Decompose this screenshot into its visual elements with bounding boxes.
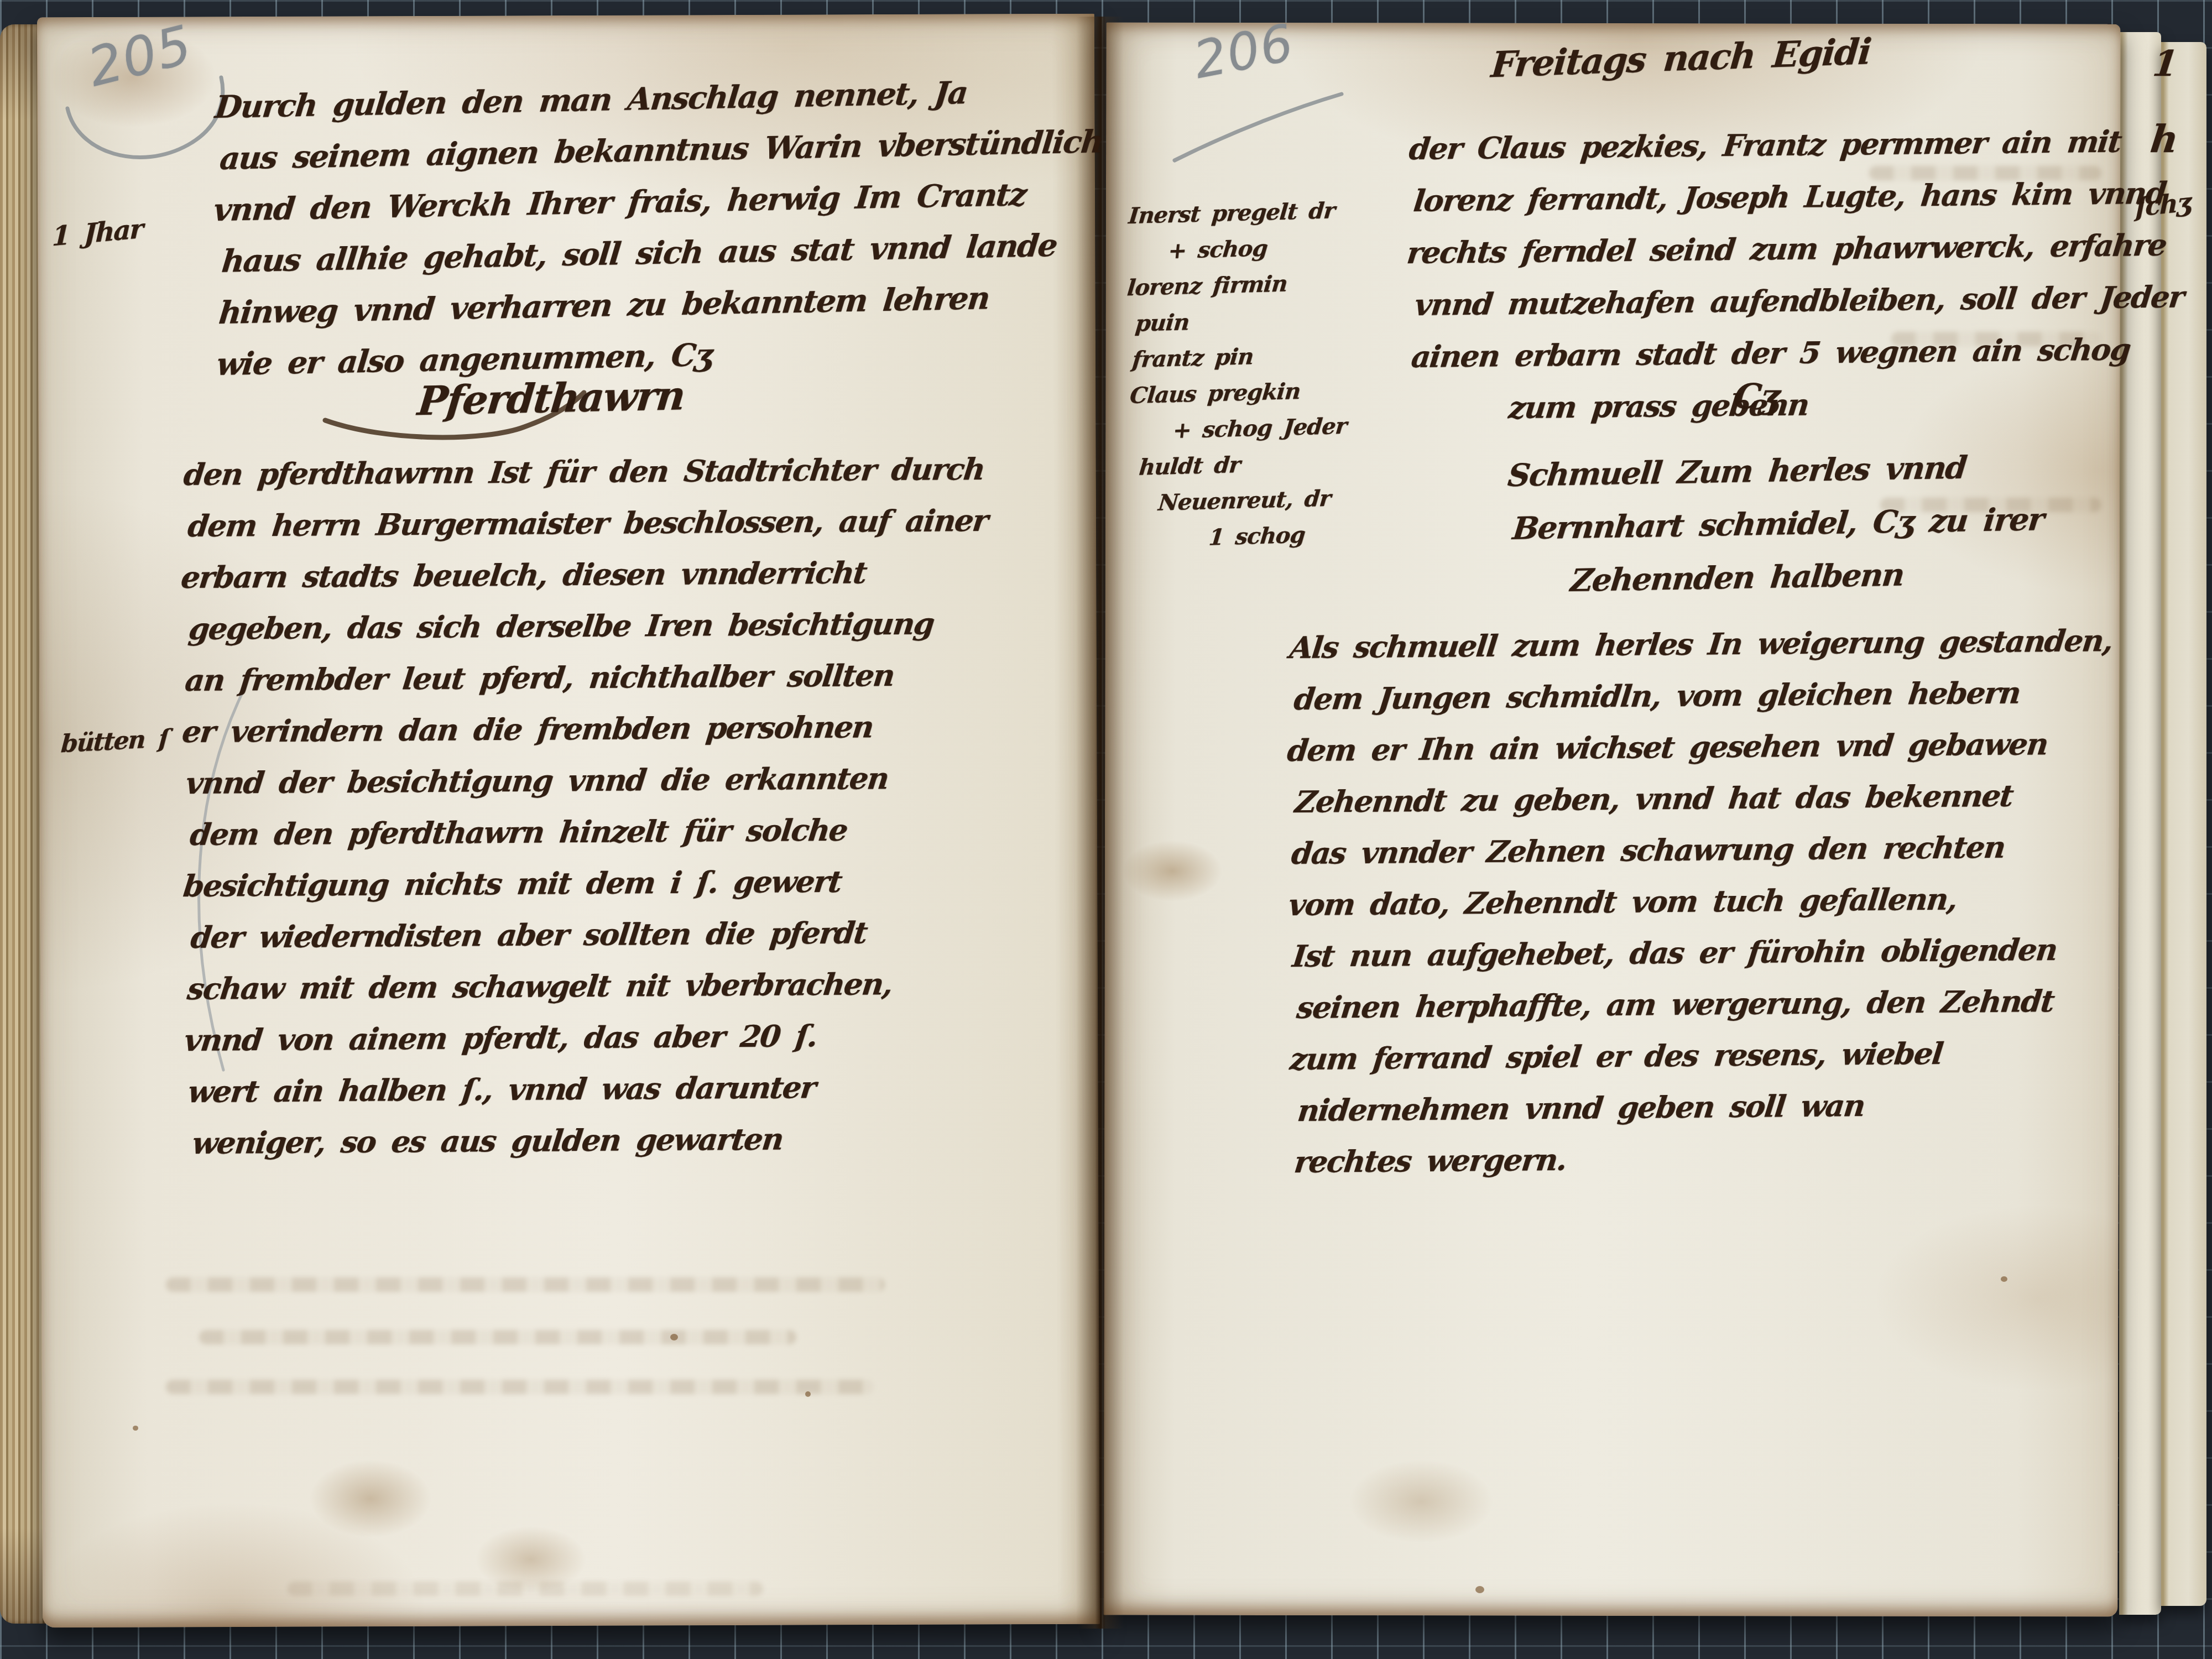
right-subheading: Schmuell Zum herles vnnd Bernnhart schmi… <box>1507 440 2044 608</box>
margin-note-line: + schog Jeder <box>1171 408 1348 448</box>
text-line: Zehenndt zu geben, vnnd hat das bekennet <box>1292 769 2117 828</box>
right-paragraph-1: der Claus pezkies, Frantz permmer ain mi… <box>1409 114 2185 435</box>
paper-stain <box>310 1460 431 1537</box>
text-line: gegeben, das sich derselbe Iren besichti… <box>186 598 991 655</box>
text-line: weniger, so es aus gulden gewarten <box>189 1112 994 1169</box>
left-paragraph-1: Durch gulden den man Anschlag nennet, Ja… <box>215 65 1107 390</box>
left-margin-note-bitten: bütten ſ <box>60 724 169 758</box>
margin-note-line: Inerst pregelt dr <box>1127 192 1343 234</box>
text-line: dem er Ihn ain wichset gesehen vnd gebaw… <box>1285 718 2116 776</box>
paper-stain <box>1123 841 1222 901</box>
left-section-heading: Pferdthawrn <box>415 372 686 424</box>
text-line: dem den pferdthawrn hinzelt für solche <box>187 804 992 860</box>
text-line: das vnnder Zehnen schawrung den rechten <box>1288 821 2117 879</box>
subheading-line: Schmuell Zum herles vnnd <box>1505 440 2045 502</box>
text-line: schaw mit dem schawgelt nit vberbrachen, <box>184 958 993 1015</box>
text-line: lorenz ferrandt, Joseph Lugte, hans kim … <box>1411 166 2185 227</box>
left-paragraph-2: den pferdthawrnn Ist für den Stadtrichte… <box>184 444 992 1169</box>
text-line: wert ain halben ſ., vnnd was darunter <box>185 1061 994 1118</box>
margin-note-line: lorenz firmin <box>1125 264 1344 306</box>
folio-206-underline <box>1166 87 1348 170</box>
paragraph-end-mark: Cʒ <box>1731 376 1781 416</box>
text-line: rechts ferndel seind zum phawrwerck, erf… <box>1404 218 2185 279</box>
text-line: besichtigung nichts mit dem i ſ. gewert <box>180 855 993 912</box>
text-line: Ist nun aufgehebet, das er fürohin oblig… <box>1290 924 2118 982</box>
edge-fragment-2: h <box>2148 117 2179 161</box>
text-line: er verindern dan die frembden persohnen <box>179 701 992 758</box>
text-line: dem herrn Burgermaister beschlossen, auf… <box>185 495 990 552</box>
text-line: vnnd mutzehafen aufendbleiben, soll der … <box>1412 270 2186 331</box>
text-line: vnnd von ainem pferdt, das aber 20 ſ. <box>181 1009 994 1066</box>
text-line: an frembder leut pferd, nichthalber soll… <box>182 649 992 706</box>
text-line: den pferdthawrnn Ist für den Stadtrichte… <box>181 444 990 500</box>
subheading-line: Zehennden halbenn <box>1568 546 2047 607</box>
right-margin-notes: Inerst pregelt dr + schog lorenz firmin … <box>1128 192 1350 557</box>
text-line: ainen erbarn stadt der 5 wegnen ain scho… <box>1408 322 2187 383</box>
margin-note-line: puin <box>1134 300 1345 342</box>
subheading-line: Bernnhart schmidel, Cʒ zu irer <box>1510 493 2046 555</box>
text-line: dem Jungen schmidln, vom gleichen hebern <box>1291 666 2116 725</box>
margin-note-line: Neuenreut, dr <box>1156 480 1350 521</box>
text-line: erbarn stadts beuelch, diesen vnnderrich… <box>178 546 990 603</box>
text-line: der Claus pezkies, Frantz permmer ain mi… <box>1406 114 2184 175</box>
text-line: nidernehmen vnnd geben soll wan <box>1295 1078 2119 1136</box>
edge-fragment-3: ſchʒ <box>2135 187 2190 223</box>
text-line: rechtes wergern. <box>1291 1129 2120 1188</box>
margin-note-line: huldt dr <box>1138 444 1349 486</box>
margin-note-line: frantz pin <box>1131 336 1347 378</box>
margin-note-line: Claus pregkin <box>1128 372 1347 414</box>
show-through-line <box>166 1277 885 1292</box>
paper-stain <box>1349 1460 1493 1543</box>
text-line: zum prass gebenn <box>1506 374 2187 434</box>
margin-note-line: 1 schog <box>1207 516 1351 556</box>
show-through-line <box>166 1380 874 1394</box>
right-paragraph-2: Als schmuell zum herles In weigerung ges… <box>1290 615 2117 1188</box>
text-line: zum ferrand spiel er des resens, wiebel <box>1287 1026 2119 1085</box>
text-line: vnnd der besichtigung vnnd die erkannten <box>183 752 992 809</box>
paper-stain <box>476 1526 586 1593</box>
text-line: Als schmuell zum herles In weigerung ges… <box>1287 615 2115 674</box>
margin-note-line: + schog <box>1166 228 1343 269</box>
manuscript-photo: 205 1 Jhar bütten ſ Durch gulden den man… <box>0 0 2212 1659</box>
text-line: vom dato, Zehenndt vom tuch gefallenn, <box>1286 872 2117 931</box>
show-through-line <box>199 1330 796 1344</box>
text-line: seinen herphaffte, am wergerung, den Zeh… <box>1294 975 2119 1034</box>
text-line: der wiederndisten aber sollten die pferd… <box>188 906 993 963</box>
